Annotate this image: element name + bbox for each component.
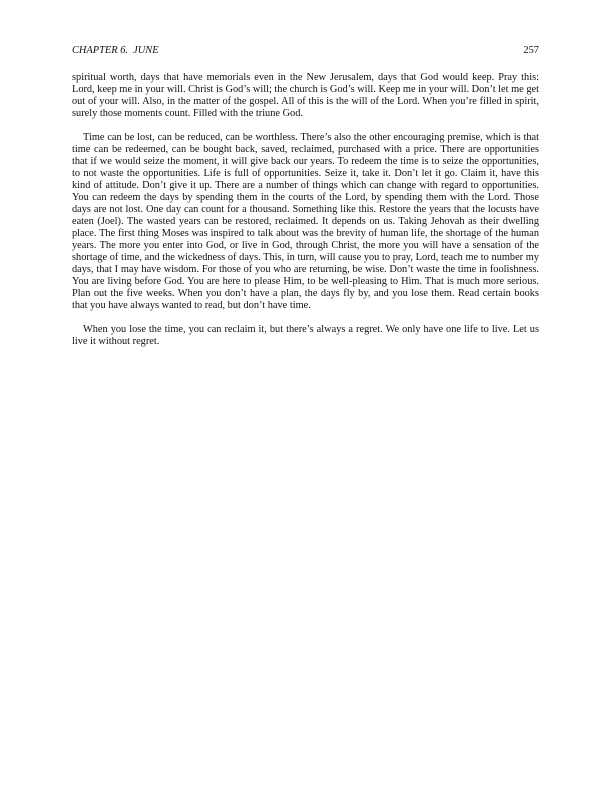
page-number: 257: [523, 45, 539, 57]
paragraph-continuation: spiritual worth, days that have memorial…: [72, 72, 539, 120]
document-page: CHAPTER 6. JUNE 257 spiritual worth, day…: [0, 0, 612, 792]
paragraph: When you lose the time, you can reclaim …: [72, 324, 539, 348]
paragraph: Time can be lost, can be reduced, can be…: [72, 132, 539, 312]
body-text: spiritual worth, days that have memorial…: [72, 72, 539, 360]
chapter-title: CHAPTER 6. JUNE: [72, 45, 159, 57]
